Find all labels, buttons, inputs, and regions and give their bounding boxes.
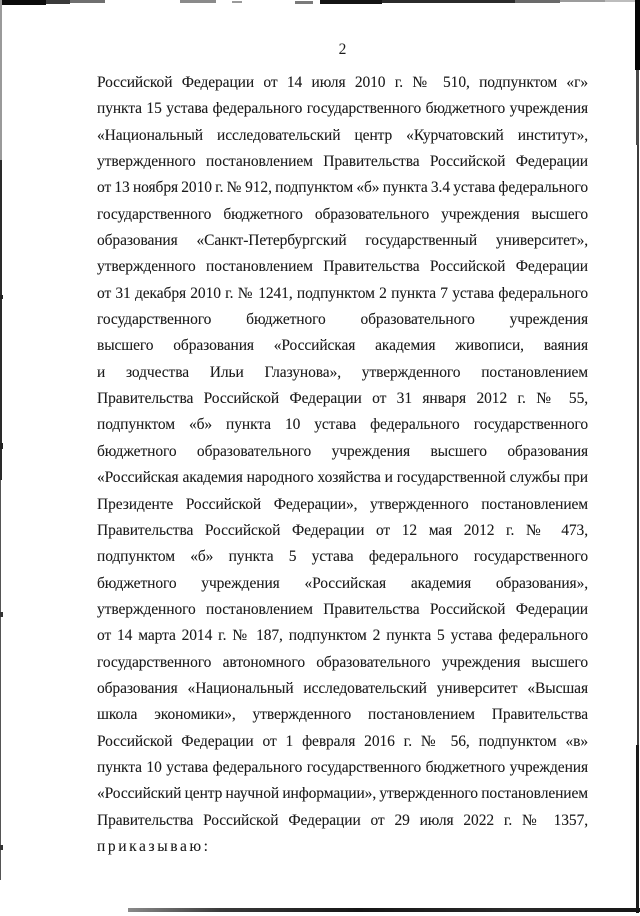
text-line: школа экономики», утвержденного постанов… — [97, 702, 588, 728]
scan-artifact-top-edge — [560, 0, 605, 2]
scan-artifact-left-edge — [0, 160, 2, 480]
text-line: утвержденного постановлением Правительст… — [97, 149, 588, 175]
text-line: Российской Федерации от 1 февраля 2016 г… — [97, 729, 588, 755]
scan-artifact-left-edge — [0, 443, 3, 449]
scan-artifact-left-edge — [0, 612, 3, 617]
scan-artifact-top-edge — [605, 0, 635, 2]
scan-artifact-right-edge — [635, 0, 640, 70]
scan-artifact-left-edge — [0, 295, 3, 299]
text-line: «Национальный исследовательский центр «К… — [97, 123, 588, 149]
text-line: утвержденного постановлением Правительст… — [97, 597, 588, 623]
text-line: государственного бюджетного образователь… — [97, 202, 588, 228]
text-line: пункта 15 устава федерального государств… — [97, 96, 588, 122]
document-page: 2 Российской Федерации от 14 июля 2010 г… — [0, 0, 640, 916]
text-line: образования «Санкт-Петербургский государ… — [97, 228, 588, 254]
scan-artifact-left-edge — [0, 480, 1, 880]
text-line: бюджетного образовательного учреждения в… — [97, 439, 588, 465]
scan-artifact-top-edge — [70, 0, 105, 3]
scan-artifact-top-edge — [46, 0, 70, 4]
scan-artifact-top-edge — [515, 0, 560, 3]
scan-artifact-left-edge — [0, 845, 3, 850]
text-line: государственного бюджетного образователь… — [97, 307, 588, 333]
scan-artifact-top-edge — [320, 0, 382, 4]
scan-artifact-top-edge — [382, 0, 515, 3]
scan-artifact-right-edge — [636, 745, 639, 913]
text-line: Правительства Российской Федерации от 29… — [97, 808, 588, 834]
text-line: Российской Федерации от 14 июля 2010 г. … — [97, 70, 588, 96]
text-line: «Российская академия народного хозяйства… — [97, 465, 588, 491]
text-line: от 14 марта 2014 г. № 187, подпунктом 2 … — [97, 623, 588, 649]
text-line: государственного автономного образовател… — [97, 650, 588, 676]
text-line: «Российский центр научной информации», у… — [97, 781, 588, 807]
scan-artifact-bottom-edge — [128, 908, 640, 912]
text-line: Правительства Российской Федерации от 31… — [97, 386, 588, 412]
scan-artifact-top-edge — [232, 1, 242, 3]
text-line: и зодчества Ильи Глазунова», утвержденно… — [97, 360, 588, 386]
page-number: 2 — [97, 40, 588, 60]
text-line: высшего образования «Российская академия… — [97, 333, 588, 359]
text-line: бюджетного учреждения «Российская академ… — [97, 571, 588, 597]
document-body: Российской Федерации от 14 июля 2010 г. … — [97, 70, 588, 860]
scan-artifact-top-edge — [180, 0, 216, 3]
text-line: от 13 ноября 2010 г. № 912, подпунктом «… — [97, 175, 588, 201]
text-line: образования «Национальный исследовательс… — [97, 676, 588, 702]
text-line: Правительства Российской Федерации от 12… — [97, 518, 588, 544]
text-line: от 31 декабря 2010 г. № 1241, подпунктом… — [97, 281, 588, 307]
text-line-prikazyvayu: приказываю: — [97, 834, 588, 860]
text-line: пункта 10 устава федерального государств… — [97, 755, 588, 781]
text-line: утвержденного постановлением Правительст… — [97, 254, 588, 280]
scan-artifact-top-edge — [295, 1, 313, 4]
scan-artifact-right-edge — [636, 70, 639, 145]
text-line: подпунктом «б» пункта 5 устава федеральн… — [97, 544, 588, 570]
scan-artifact-left-edge — [0, 0, 2, 160]
text-line: Президенте Российской Федерации», утверж… — [97, 492, 588, 518]
scan-artifact-right-edge — [637, 145, 639, 745]
text-line: подпунктом «б» пункта 10 устава федераль… — [97, 412, 588, 438]
scan-artifact-top-edge — [0, 0, 46, 5]
